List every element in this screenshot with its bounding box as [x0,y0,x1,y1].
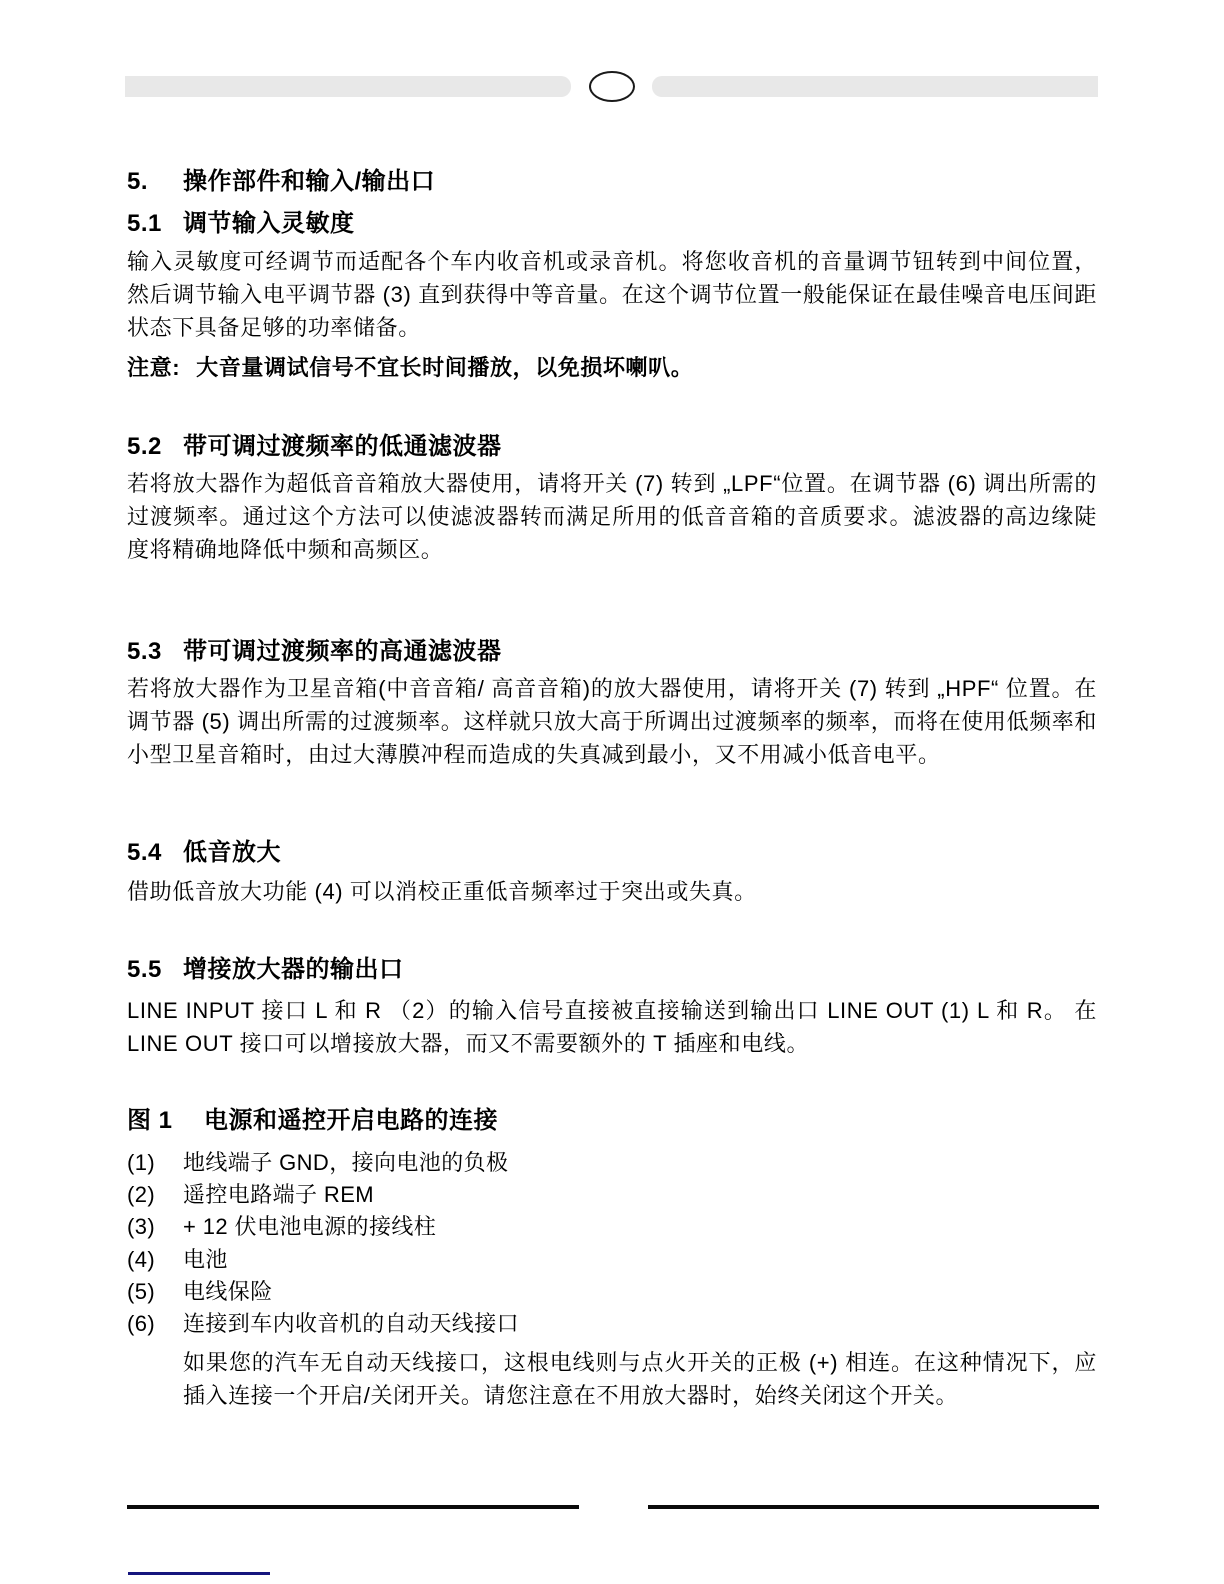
section-number: 5. [127,167,183,197]
page-number-ellipse-icon [589,71,635,102]
section-heading-5-3: 5.3 带可调过渡频率的高通滤波器 [127,637,1097,667]
figure-label: 图 1 [127,1106,204,1136]
section-title: 低音放大 [183,838,1097,868]
legend-item-2: (2) 遥控电路端子 REM [127,1179,1097,1211]
section-heading-5-1: 5.1 调节输入灵敏度 [127,209,1097,239]
item-text: 电线保险 [183,1276,1097,1308]
header-bar-right [652,76,1098,97]
section-title: 带可调过渡频率的低通滤波器 [183,432,1097,462]
item-text: + 12 伏电池电源的接线柱 [183,1211,1097,1243]
section-heading-5-2: 5.2 带可调过渡频率的低通滤波器 [127,432,1097,462]
note-paragraph: 注意:大音量调试信号不宜长时间播放，以免损坏喇叭。 [127,351,1097,384]
figure-note: 如果您的汽车无自动天线接口，这根电线则与点火开关的正极 (+) 相连。在这种情况… [183,1346,1097,1412]
item-text: 遥控电路端子 REM [183,1179,1097,1211]
section-title: 操作部件和输入/输出口 [183,167,1097,197]
legend-item-1: (1) 地线端子 GND，接向电池的负极 [127,1147,1097,1179]
footer-rule-right [648,1505,1099,1509]
footer-rule-left [127,1505,579,1509]
section-title: 带可调过渡频率的高通滤波器 [183,637,1097,667]
item-text: 连接到车内收音机的自动天线接口 [183,1308,1097,1340]
section-number: 5.4 [127,838,183,868]
legend-item-4: (4) 电池 [127,1244,1097,1276]
paragraph-5-3: 若将放大器作为卫星音箱(中音音箱/ 高音音箱)的放大器使用，请将开关 (7) 转… [127,672,1097,771]
figure-title: 电源和遥控开启电路的连接 [204,1106,498,1136]
note-text: 大音量调试信号不宜长时间播放，以免损坏喇叭。 [196,355,693,380]
legend-item-5: (5) 电线保险 [127,1276,1097,1308]
section-title: 增接放大器的输出口 [183,955,1097,985]
paragraph-5-4: 借助低音放大功能 (4) 可以消校正重低音频率过于突出或失真。 [127,875,1097,908]
item-marker: (4) [127,1244,183,1276]
item-marker: (6) [127,1308,183,1340]
section-heading-5-4: 5.4 低音放大 [127,838,1097,868]
legend-item-6: (6) 连接到车内收音机的自动天线接口 [127,1308,1097,1340]
section-heading-5: 5. 操作部件和输入/输出口 [127,167,1097,197]
section-number: 5.3 [127,637,183,667]
item-marker: (5) [127,1276,183,1308]
legend-item-3: (3) + 12 伏电池电源的接线柱 [127,1211,1097,1243]
item-text: 电池 [183,1244,1097,1276]
item-text: 地线端子 GND，接向电池的负极 [183,1147,1097,1179]
section-heading-5-5: 5.5 增接放大器的输出口 [127,955,1097,985]
manual-page: 5. 操作部件和输入/输出口 5.1 调节输入灵敏度 输入灵敏度可经调节而适配各… [0,0,1224,1584]
footnote-rule [128,1572,270,1575]
item-marker: (3) [127,1211,183,1243]
paragraph-5-1: 输入灵敏度可经调节而适配各个车内收音机或录音机。将您收音机的音量调节钮转到中间位… [127,245,1097,344]
section-title: 调节输入灵敏度 [183,209,1097,239]
section-number: 5.1 [127,209,183,239]
figure-caption: 图 1 电源和遥控开启电路的连接 [127,1106,1097,1136]
section-number: 5.5 [127,955,183,985]
figure-legend-list: (1) 地线端子 GND，接向电池的负极 (2) 遥控电路端子 REM (3) … [127,1147,1097,1340]
section-number: 5.2 [127,432,183,462]
item-marker: (2) [127,1179,183,1211]
paragraph-5-2: 若将放大器作为超低音音箱放大器使用，请将开关 (7) 转到 „LPF“位置。在调… [127,467,1097,566]
paragraph-5-5: LINE INPUT 接口 L 和 R （2）的输入信号直接被直接输送到输出口 … [127,994,1097,1060]
note-label: 注意: [127,355,180,380]
item-marker: (1) [127,1147,183,1179]
header-bar-left [125,76,571,97]
